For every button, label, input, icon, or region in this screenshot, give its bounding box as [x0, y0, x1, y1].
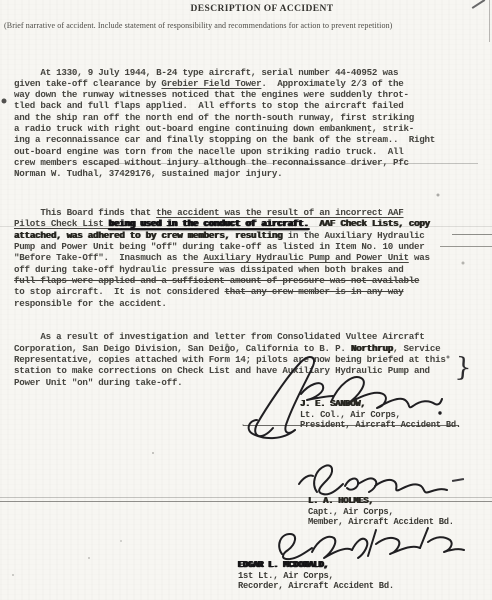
scan-dash-mark	[452, 478, 464, 482]
text-segment: responsible for the accident.	[14, 298, 167, 309]
scan-artifact-line	[90, 163, 478, 164]
signatory-rank: 1st Lt., Air Corps,	[238, 571, 394, 582]
signatory-name: EDGAR L. MCDONALD,	[238, 560, 394, 571]
scan-noise-specks	[0, 0, 2, 2]
signatory-role: President, Aircraft Accident Bd.	[300, 420, 461, 431]
scan-artifact-line	[452, 234, 492, 235]
text-segment: . Approximately 2/3 of the way down the …	[14, 78, 435, 179]
scan-edge-line	[489, 0, 490, 42]
text-segment: to stop aircraft. It is not considered	[14, 286, 225, 297]
signatory-rank: Lt. Col., Air Corps,	[300, 410, 461, 421]
signatory-block-1: J. E. SANDOW, Lt. Col., Air Corps, Presi…	[300, 399, 461, 431]
accident-report-page: DESCRIPTION OF ACCIDENT (Brief narrative…	[0, 0, 492, 600]
struck-through-segment: full flaps were applied and a sufficient…	[14, 275, 419, 286]
form-title: DESCRIPTION OF ACCIDENT	[0, 3, 492, 15]
struck-through-segment: that any crew member is in any way	[225, 286, 404, 297]
signatory-name: J. E. SANDOW,	[300, 399, 461, 410]
scan-brace-mark: }	[454, 354, 472, 381]
signatory-block-3: EDGAR L. MCDONALD, 1st Lt., Air Corps, R…	[238, 560, 394, 592]
underlined-segment-field-tower: Grebier Field Tower	[161, 78, 261, 89]
signatory-role: Recorder, Aircraft Accident Bd.	[238, 581, 394, 592]
signatory-block-2: L. A. HOLMES, Capt., Air Corps, Member, …	[308, 496, 454, 528]
signatory-name: L. A. HOLMES,	[308, 496, 454, 507]
overstruck-finding-segment: being used in the conduct of aircraft.	[109, 218, 309, 229]
scan-artifact-line	[0, 226, 492, 227]
signatory-rank: Capt., Air Corps,	[308, 507, 454, 518]
narrative-paragraph-2: This Board finds that the accident was t…	[14, 207, 480, 309]
text-segment	[309, 218, 320, 229]
form-subtitle: (Brief narrative of accident. Include st…	[4, 21, 392, 31]
underlined-pump-unit-segment: Auxiliary Hydraulic Pump and Power Unit	[203, 252, 408, 263]
scan-artifact-line	[440, 246, 492, 247]
text-segment: This Board finds that	[14, 207, 156, 218]
